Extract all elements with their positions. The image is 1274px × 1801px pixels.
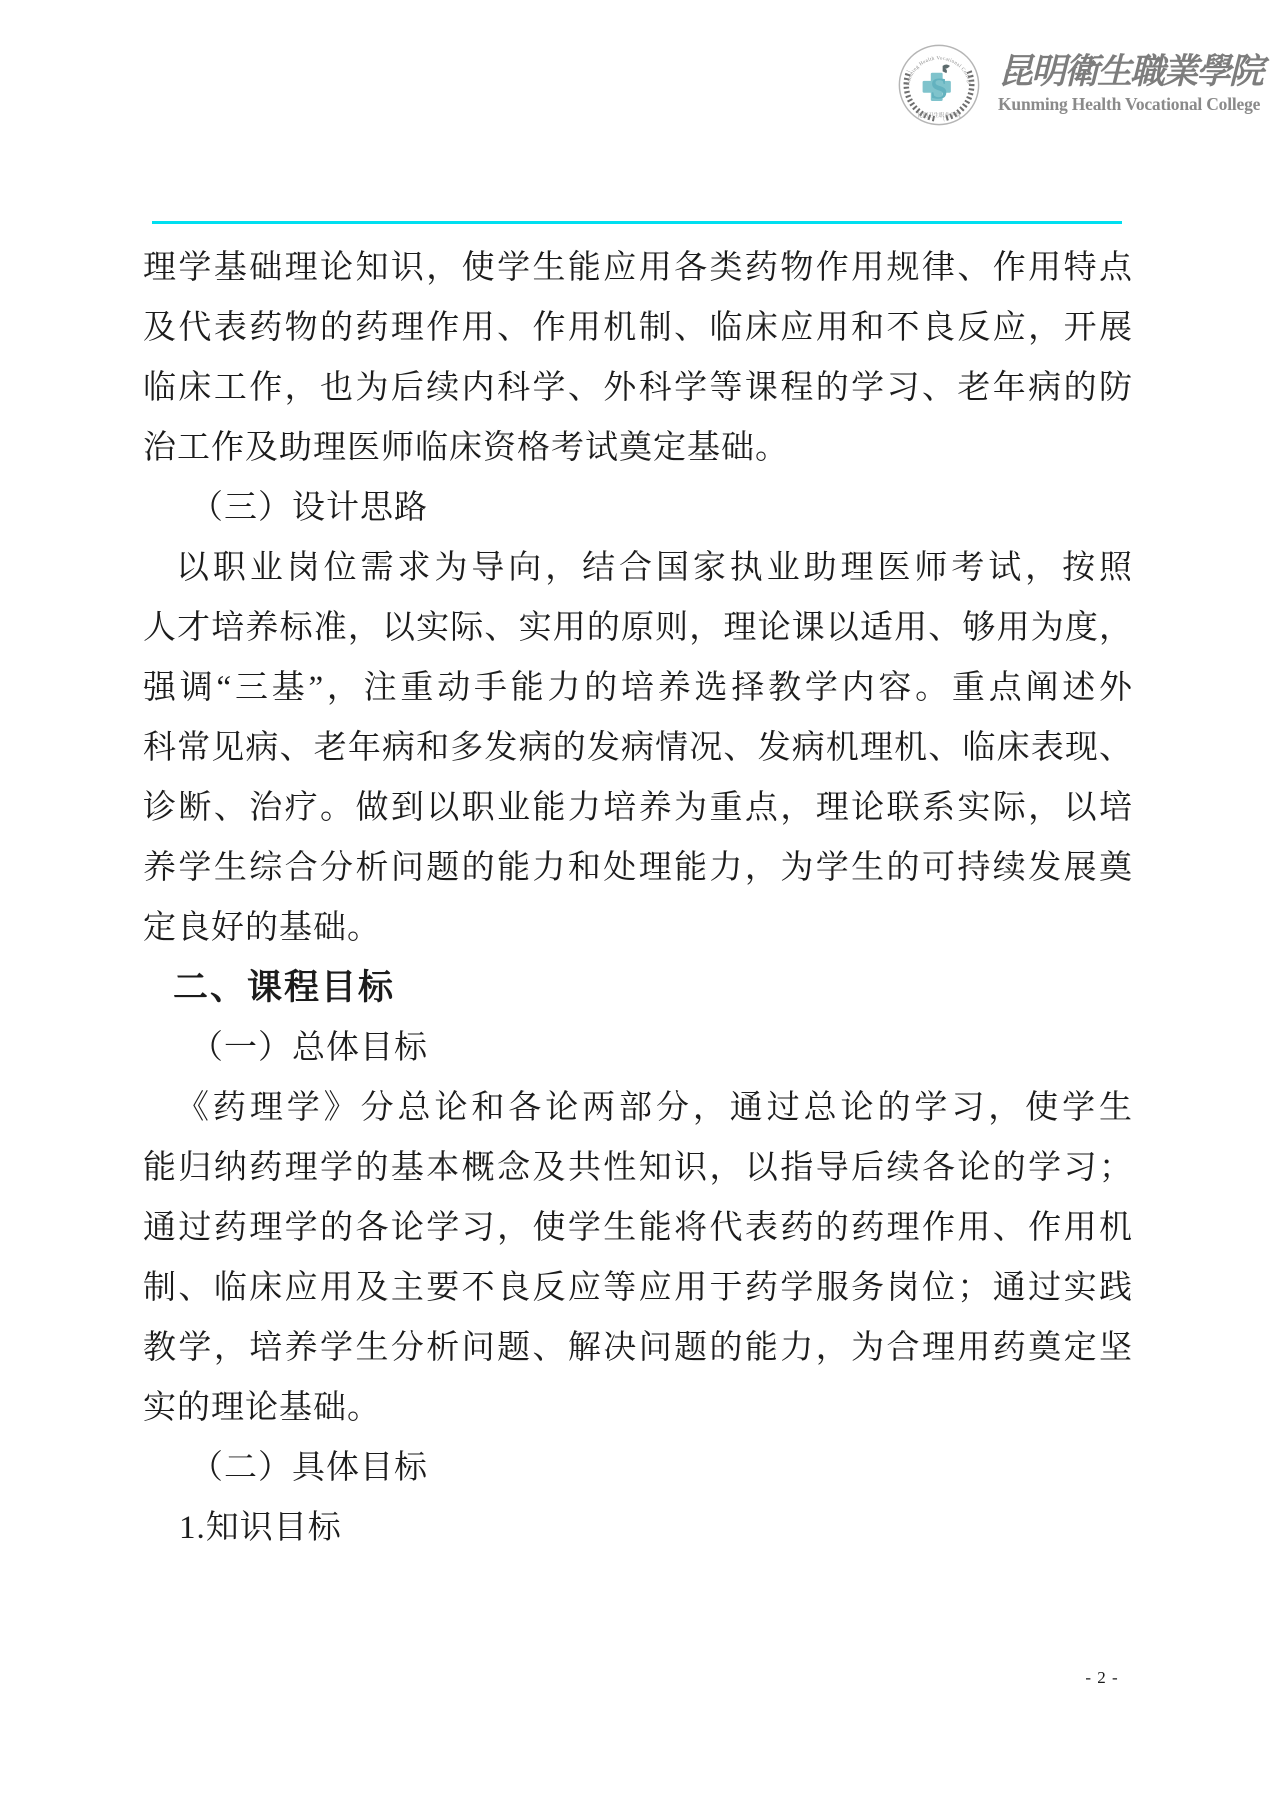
- document-text-column: 理学基础理论知识，使学生能应用各类药物作用规律、作用特点及代表药物的药理作用、作…: [143, 238, 1133, 1558]
- text-line: 定良好的基础。: [143, 898, 1133, 958]
- text-line: （一）总体目标: [143, 1018, 1133, 1078]
- text-line: 及代表药物的药理作用、作用机制、临床应用和不良反应，开展: [143, 298, 1133, 358]
- text-line: 能归纳药理学的基本概念及共性知识，以指导后续各论的学习；: [143, 1138, 1133, 1198]
- text-line: 科常见病、老年病和多发病的发病情况、发病机理机、临床表现、: [143, 718, 1133, 778]
- text-line: 诊断、治疗。做到以职业能力培养为重点，理论联系实际，以培: [143, 778, 1133, 838]
- text-line: 制、临床应用及主要不良反应等应用于药学服务岗位；通过实践: [143, 1258, 1133, 1318]
- text-line: （二）具体目标: [143, 1438, 1133, 1498]
- text-line: 养学生综合分析问题的能力和处理能力，为学生的可持续发展奠: [143, 838, 1133, 898]
- text-line: 实的理论基础。: [143, 1378, 1133, 1438]
- text-line: 《药理学》分总论和各论两部分，通过总论的学习，使学生: [143, 1078, 1133, 1138]
- seal-bottom-text: 昆明卫生职业学院: [917, 111, 961, 119]
- college-logo: Kunming Health Vocational College S 昆明卫生…: [898, 42, 1270, 124]
- text-line: 治工作及助理医师临床资格考试奠定基础。: [143, 418, 1133, 478]
- text-line: 理学基础理论知识，使学生能应用各类药物作用规律、作用特点: [143, 238, 1133, 298]
- text-line: 强调“三基”，注重动手能力的培养选择教学内容。重点阐述外: [143, 658, 1133, 718]
- text-line: 人才培养标准，以实际、实用的原则，理论课以适用、够用为度，: [143, 598, 1133, 658]
- college-name-calligraphy: 昆明衛生職業學院: [998, 52, 1270, 92]
- header-divider-line: [152, 221, 1122, 224]
- college-name-english: Kunming Health Vocational College: [998, 94, 1270, 115]
- college-seal-icon: Kunming Health Vocational College S 昆明卫生…: [898, 44, 980, 126]
- text-line: （三）设计思路: [143, 478, 1133, 538]
- page-number: - 2 -: [1072, 1668, 1132, 1688]
- text-line: 临床工作，也为后续内科学、外科学等课程的学习、老年病的防: [143, 358, 1133, 418]
- text-line: 二、课程目标: [143, 958, 1133, 1018]
- text-line: 以职业岗位需求为导向，结合国家执业助理医师考试，按照: [143, 538, 1133, 598]
- text-line: 通过药理学的各论学习，使学生能将代表药的药理作用、作用机: [143, 1198, 1133, 1258]
- text-line: 1.知识目标: [143, 1498, 1133, 1558]
- text-line: 教学，培养学生分析问题、解决问题的能力，为合理用药奠定坚: [143, 1318, 1133, 1378]
- svg-text:S: S: [930, 71, 947, 106]
- document-page: Kunming Health Vocational College S 昆明卫生…: [0, 0, 1274, 1801]
